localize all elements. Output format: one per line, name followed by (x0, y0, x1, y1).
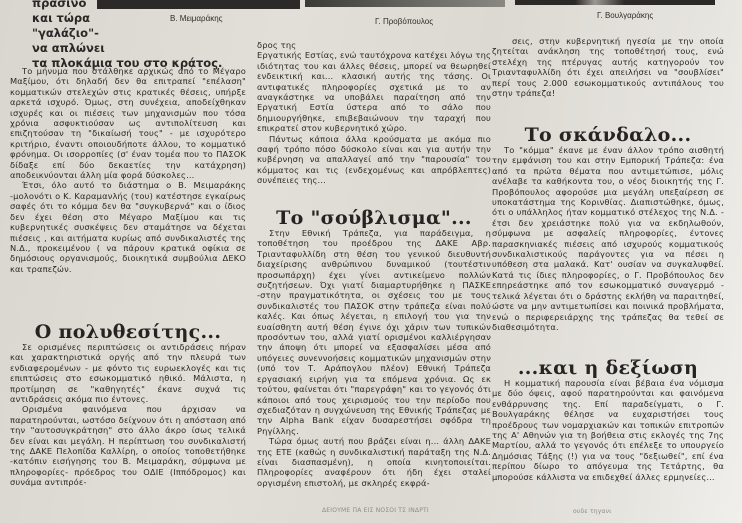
left-section: Ο πολυθεσίτης... Σε ορισμένες περιπτώσει… (10, 322, 246, 488)
right-section-reception: ...και η δεξίωση Η κομματική παρουσία εί… (492, 358, 724, 482)
right-column: σεις, στην κυβερνητική ηγεσία με την οπο… (492, 36, 724, 98)
article-paragraph: σεις, στην κυβερνητική ηγεσία με την οπο… (492, 36, 724, 98)
kicker-line: και τώρα (2, 11, 247, 26)
article-paragraph: Έτσι, όλο αυτό το διάστημα ο Β. Μειμαράκ… (10, 180, 246, 274)
right-section-scandal: Το σκάνδαλο... Το "κόμμα" έκανε με έναν … (492, 125, 724, 332)
kicker-line: να απλώνει (2, 41, 247, 56)
left-column: Το μήνυμα που στάλθηκε αρχικώς από το Μέ… (10, 66, 246, 274)
photo-provopoulos (305, 0, 505, 7)
article-paragraph: Στην Εθνική Τράπεζα, για παράδειγμα, η τ… (257, 228, 491, 436)
bleed-through-text: ουδε τηγανι (573, 508, 611, 515)
middle-section: Το "σούβλισμα"... Στην Εθνική Τράπεζα, γ… (257, 208, 491, 488)
kicker-line: "γαλάζιο"- (2, 26, 247, 41)
section-heading-polythesitis: Ο πολυθεσίτης... (10, 322, 246, 342)
middle-column: δρος της Εργατικής Εστίας, ενώ ταυτόχρον… (257, 40, 491, 186)
article-paragraph: Εργατικής Εστίας, ενώ ταυτόχρονα κατέχει… (257, 50, 491, 133)
article-paragraph: Σε ορισμένες περιπτώσεις οι αντιδράσεις … (10, 342, 246, 404)
article-paragraph: Ορισμένα φαινόμενα που άρχισαν να παρατη… (10, 404, 246, 487)
article-paragraph: Η κομματική παρουσία είναι βέβαια ένα νό… (492, 378, 724, 482)
article-paragraph: δρος της (257, 40, 491, 50)
kicker-headline: πράσινο και τώρα "γαλάζιο"- να απλώνει τ… (2, 0, 247, 71)
article-paragraph: Πάντως κάποια άλλα κρούσματα με ακόμα πι… (257, 134, 491, 186)
section-heading-souvlisma: Το "σούβλισμα"... (257, 208, 491, 228)
article-paragraph: Το "κόμμα" έκανε με έναν άλλον τρόπο αισ… (492, 145, 724, 332)
photo-caption-voulgarakis: Γ. Βουλγαράκης (597, 11, 653, 20)
section-heading-skandalo: Το σκάνδαλο... (492, 125, 724, 145)
article-paragraph: Το μήνυμα που στάλθηκε αρχικώς από το Μέ… (10, 66, 246, 180)
kicker-line: πράσινο (2, 0, 247, 11)
article-paragraph: Τώρα όμως αυτή που βράζει είναι η... άλλ… (257, 436, 491, 488)
photo-voulgarakis (515, 0, 715, 5)
photo-caption-provopoulos: Γ. Προβόπουλος (375, 17, 433, 26)
section-heading-dexiosi: ...και η δεξίωση (492, 358, 724, 378)
bleed-through-text: ΔΕΙΟΥΜΕ ΠΑ ΕΙΣ ΝΟΣΟΙ ΤΣ ΙΝΔΡΤΙ (322, 507, 429, 514)
